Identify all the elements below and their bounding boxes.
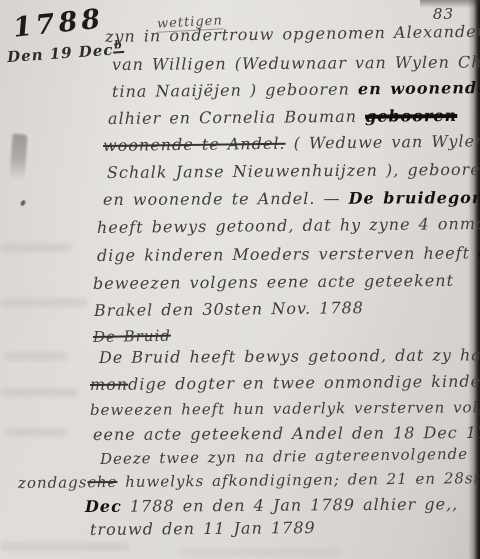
line-text: zyn in ondertrouw opgenomen Alexander	[105, 22, 480, 46]
line-text: alhier en Cornelia Bouman	[108, 107, 365, 128]
line-text: 1788 en den 4 Jan 1789 alhier ge,,	[122, 494, 459, 515]
line-text: dige kinderen Moeders versterven heeft	[97, 243, 478, 265]
manuscript-line: Deeze twee zyn na drie agtereenvolgende	[100, 447, 468, 467]
line-text: De Bruid heeft bewys getoond, dat zy haa…	[99, 345, 480, 367]
ink-smudge	[9, 134, 27, 181]
manuscript-line: beweezen volgens eene acte geteekent	[93, 273, 454, 292]
line-text: heeft bewys getoond, dat hy zyne 4 onmon…	[97, 214, 480, 237]
line-text-bold: en woonende	[358, 78, 480, 98]
line-text-bold: Dec	[85, 497, 122, 516]
bleed-through-mark	[4, 352, 68, 361]
margin-date-text: Den 19 Dec	[7, 41, 114, 66]
manuscript-line: dige kinderen Moeders versterven heeft b…	[97, 245, 480, 264]
line-text: huwelyks afkondigingen; den 21 en 28sten	[117, 469, 480, 491]
manuscript-line: De Bruid	[93, 329, 171, 345]
manuscript-line: eene acte geteekend Andel den 18 Dec 178…	[93, 425, 480, 443]
manuscript-line: zyn in ondertrouw opgenomen Alexander	[105, 24, 480, 45]
line-text: eene acte geteekend Andel den 18 Dec 178…	[93, 423, 480, 444]
manuscript-line: mondige dogter en twee onmondige kindere…	[90, 373, 480, 393]
manuscript-line: beweezen heeft hun vaderlyk versterven v…	[90, 400, 480, 418]
line-text-struck: De Bruid	[93, 327, 171, 346]
bleed-through-mark	[0, 298, 88, 307]
bleed-through-mark	[0, 542, 130, 551]
line-text-struck: woonende te Andel.	[103, 134, 286, 155]
line-text: beweezen volgens eene acte geteekent	[93, 271, 454, 293]
line-text: zondags	[18, 473, 88, 492]
line-text: van Willigen (Weduwnaar van Wylen Chris,…	[112, 52, 480, 74]
manuscript-line: Brakel den 30sten Nov. 1788	[94, 300, 364, 319]
manuscript-line: Dec 1788 en den 4 Jan 1789 alhier ge,,	[85, 496, 458, 515]
manuscript-line: tina Naaijëjen ) gebooren en woonende	[112, 80, 480, 100]
bleed-through-mark	[180, 548, 340, 557]
manuscript-line: van Willigen (Weduwnaar van Wylen Chris,…	[112, 54, 480, 73]
ink-dot	[20, 199, 26, 206]
line-text: dige dogter en twee onmondige kinderen	[128, 371, 480, 393]
line-text: beweezen heeft hun vaderlyk versterven v…	[90, 398, 480, 419]
bleed-through-mark	[6, 428, 66, 437]
manuscript-line: alhier en Cornelia Bouman gebooren	[108, 108, 457, 127]
bleed-through-mark	[0, 243, 72, 252]
manuscript-line: woonende te Andel. ( Weduwe van Wylen	[103, 133, 480, 154]
line-text: Schalk Janse Nieuwenhuijzen ), geboore,	[107, 160, 480, 182]
line-text-struck: gebooren	[365, 106, 457, 126]
bleed-through-mark	[0, 388, 78, 397]
manuscript-line: heeft bewys getoond, dat hy zyne 4 onmon…	[97, 216, 480, 236]
line-text: ( Weduwe van Wylen	[285, 131, 480, 152]
page-number: 83	[433, 5, 454, 23]
line-text: trouwd den 11 Jan 1789	[90, 518, 316, 539]
line-text: tina Naaijëjen ) gebooren	[112, 79, 358, 101]
line-text-bold: De bruidegom	[349, 188, 480, 208]
line-text: Brakel den 30sten Nov. 1788	[94, 298, 364, 320]
manuscript-line: zondagsche huwelyks afkondigingen; den 2…	[18, 471, 480, 491]
manuscript-page: 83 1788 Den 19 Decb wettigen zyn in onde…	[0, 0, 480, 559]
manuscript-line: De Bruid heeft bewys getoond, dat zy haa…	[99, 347, 480, 366]
line-text-struck: mon	[90, 375, 128, 394]
year-heading: 1788	[12, 3, 106, 43]
line-text: Deeze twee zyn na drie agtereenvolgende	[100, 445, 468, 468]
line-text-struck: che	[87, 473, 117, 491]
manuscript-line: Schalk Janse Nieuwenhuijzen ), geboore,	[107, 162, 480, 181]
line-text: en woonende te Andel. —	[103, 189, 349, 209]
manuscript-line: trouwd den 11 Jan 1789	[90, 520, 316, 538]
manuscript-line: en woonende te Andel. — De bruidegom	[103, 190, 480, 208]
